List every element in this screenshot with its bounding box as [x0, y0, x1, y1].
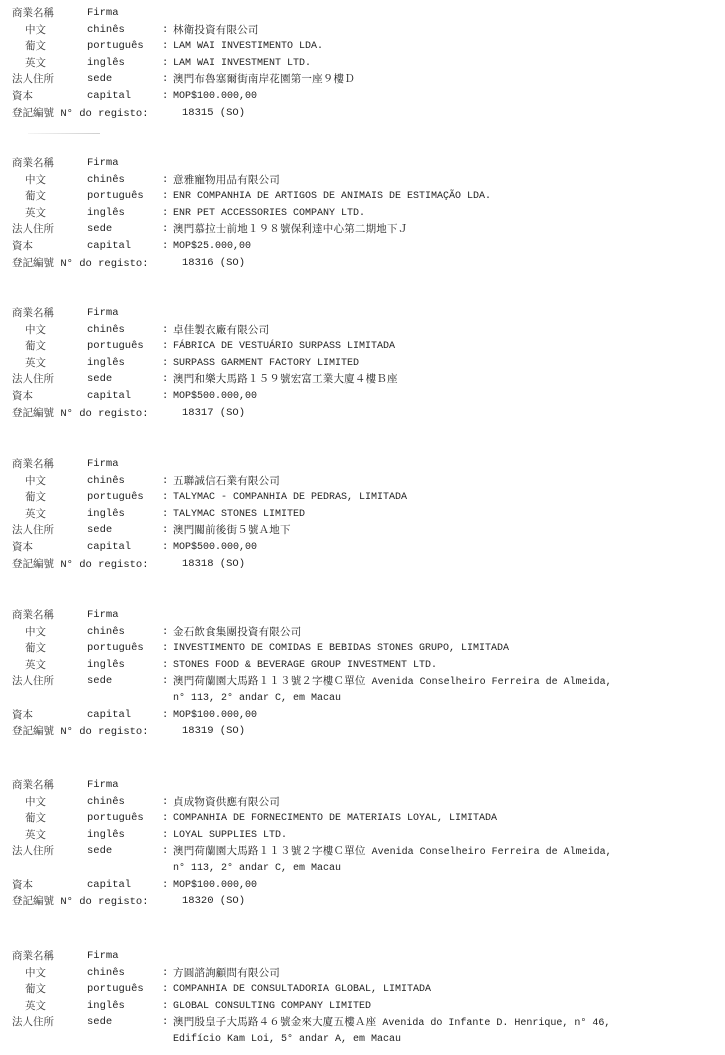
ingles-label-pt: inglês [87, 657, 125, 674]
sede-label-pt: sede [87, 673, 112, 690]
capital-amount: MOP$100.000,00 [173, 710, 257, 721]
chines-label-zh: 中文 [25, 794, 46, 811]
colon: : [162, 55, 168, 72]
chines-row: 中文 chinês : 五聯誠信石業有限公司 [0, 473, 725, 490]
chines-label-zh: 中文 [25, 473, 46, 490]
ingles-name: SURPASS GARMENT FACTORY LIMITED [173, 358, 359, 369]
colon: : [162, 965, 168, 982]
colon: : [162, 640, 168, 657]
firma-label-pt: Firma [87, 607, 119, 624]
capital-value: MOP$100.000,00 [173, 707, 257, 725]
portugues-label-zh: 葡文 [25, 338, 46, 355]
capital-label-zh: 資本 [12, 388, 33, 405]
firma-label-zh: 商業名稱 [12, 948, 54, 965]
sede-value: 澳門關前後街５號Ａ地下 [173, 522, 291, 540]
firma-label-zh: 商業名稱 [12, 777, 54, 794]
company-entry: 商業名稱 Firma 中文 chinês : 林衛投資有限公司 葡文 portu… [0, 5, 725, 121]
chines-label-zh: 中文 [25, 22, 46, 39]
portugues-name: LAM WAI INVESTIMENTO LDA. [173, 41, 323, 52]
chines-name: 貞成物資供應有限公司 [173, 796, 280, 808]
firma-label-pt: Firma [87, 777, 119, 794]
capital-label-zh: 資本 [12, 539, 33, 556]
colon: : [162, 371, 168, 388]
chines-label-pt: chinês [87, 322, 125, 339]
chines-value: 金石飲食集團投資有限公司 [173, 624, 301, 642]
portugues-label-pt: português [87, 981, 144, 998]
registo-label: 登記編號 N° do registo: [12, 255, 149, 273]
ingles-name: STONES FOOD & BEVERAGE GROUP INVESTMENT … [173, 660, 437, 671]
chines-label-zh: 中文 [25, 322, 46, 339]
ingles-label-zh: 英文 [25, 55, 46, 72]
sede-label-pt: sede [87, 1014, 112, 1031]
chines-value: 林衛投資有限公司 [173, 22, 259, 40]
sede-row: 法人住所 sede : 澳門殷皇子大馬路４６號金來大廈五樓Ａ座 Avenida … [0, 1014, 725, 1031]
firma-row: 商業名稱 Firma [0, 155, 725, 172]
chines-row: 中文 chinês : 林衛投資有限公司 [0, 22, 725, 39]
registo-number: 18319 (SO) [182, 723, 245, 740]
capital-row: 資本 capital : MOP$500.000,00 [0, 388, 725, 405]
ingles-row: 英文 inglês : SURPASS GARMENT FACTORY LIMI… [0, 355, 725, 372]
sede-address-zh: 澳門和樂大馬路１５９號宏富工業大廈４樓Ｂ座 [173, 373, 398, 385]
ingles-label-pt: inglês [87, 998, 125, 1015]
colon: : [162, 238, 168, 255]
ingles-name: LOYAL SUPPLIES LTD. [173, 830, 287, 841]
firma-label-pt: Firma [87, 948, 119, 965]
company-entry: 商業名稱 Firma 中文 chinês : 貞成物資供應有限公司 葡文 por… [0, 777, 725, 910]
portugues-value: COMPANHIA DE CONSULTADORIA GLOBAL, LIMIT… [173, 981, 431, 999]
sede-address-pt-line2: Edifício Kam Loi, 5° andar A, em Macau [173, 1034, 401, 1045]
sede-row: 法人住所 sede : 澳門荷蘭園大馬路１１３號２字樓Ｃ單位 Avenida C… [0, 843, 725, 860]
capital-label-pt: capital [87, 238, 131, 255]
sede-address-zh: 澳門荷蘭園大馬路１１３號２字樓Ｃ單位 [173, 675, 366, 687]
sede-label-pt: sede [87, 221, 112, 238]
colon: : [162, 388, 168, 405]
capital-amount: MOP$100.000,00 [173, 91, 257, 102]
registo-label-zh: 登記編號 [12, 895, 54, 907]
colon: : [162, 707, 168, 724]
chines-label-pt: chinês [87, 965, 125, 982]
registo-row: 登記編號 N° do registo: 18315 (SO) [0, 105, 725, 122]
portugues-label-pt: português [87, 640, 144, 657]
sede-address-zh: 澳門關前後街５號Ａ地下 [173, 524, 291, 536]
firma-label-pt: Firma [87, 305, 119, 322]
portugues-name: COMPANHIA DE CONSULTADORIA GLOBAL, LIMIT… [173, 984, 431, 995]
ingles-label-pt: inglês [87, 827, 125, 844]
sede-label-pt: sede [87, 522, 112, 539]
portugues-row: 葡文 português : ENR COMPANHIA DE ARTIGOS … [0, 188, 725, 205]
colon: : [162, 489, 168, 506]
portugues-label-pt: português [87, 810, 144, 827]
capital-label-zh: 資本 [12, 238, 33, 255]
ingles-value: ENR PET ACCESSORIES COMPANY LTD. [173, 205, 365, 223]
portugues-label-zh: 葡文 [25, 981, 46, 998]
capital-row: 資本 capital : MOP$100.000,00 [0, 88, 725, 105]
chines-label-zh: 中文 [25, 624, 46, 641]
sede-value: 澳門和樂大馬路１５９號宏富工業大廈４樓Ｂ座 [173, 371, 398, 389]
ingles-value: STONES FOOD & BEVERAGE GROUP INVESTMENT … [173, 657, 437, 675]
colon: : [162, 673, 168, 690]
registo-row: 登記編號 N° do registo: 18318 (SO) [0, 556, 725, 573]
ingles-label-zh: 英文 [25, 827, 46, 844]
registo-label-pt: N° do registo: [60, 896, 148, 908]
chines-label-pt: chinês [87, 22, 125, 39]
sede-address-zh: 澳門布魯塞爾街南岸花園第一座９樓Ｄ [173, 73, 355, 85]
firma-row: 商業名稱 Firma [0, 456, 725, 473]
chines-value: 意雅寵物用品有限公司 [173, 172, 280, 190]
firma-label-pt: Firma [87, 155, 119, 172]
registo-label: 登記編號 N° do registo: [12, 893, 149, 911]
registo-label-zh: 登記編號 [12, 558, 54, 570]
ingles-label-zh: 英文 [25, 205, 46, 222]
capital-row: 資本 capital : MOP$500.000,00 [0, 539, 725, 556]
portugues-row: 葡文 português : TALYMAC - COMPANHIA DE PE… [0, 489, 725, 506]
firma-label-pt: Firma [87, 5, 119, 22]
colon: : [162, 522, 168, 539]
registo-label: 登記編號 N° do registo: [12, 105, 149, 123]
registo-row: 登記編號 N° do registo: 18317 (SO) [0, 405, 725, 422]
company-entry: 商業名稱 Firma 中文 chinês : 卓佳製衣廠有限公司 葡文 port… [0, 305, 725, 421]
company-entry: 商業名稱 Firma 中文 chinês : 五聯誠信石業有限公司 葡文 por… [0, 456, 725, 572]
capital-row: 資本 capital : MOP$25.000,00 [0, 238, 725, 255]
sede-address-pt-line2: n° 113, 2° andar C, em Macau [173, 693, 341, 704]
firma-row: 商業名稱 Firma [0, 777, 725, 794]
sede-label-zh: 法人住所 [12, 522, 54, 539]
sede-value-continued: Edifício Kam Loi, 5° andar A, em Macau [173, 1031, 401, 1049]
registo-row: 登記編號 N° do registo: 18319 (SO) [0, 723, 725, 740]
colon: : [162, 843, 168, 860]
capital-label-pt: capital [87, 539, 131, 556]
chines-value: 方圓諮詢顧問有限公司 [173, 965, 280, 983]
ingles-row: 英文 inglês : STONES FOOD & BEVERAGE GROUP… [0, 657, 725, 674]
chines-row: 中文 chinês : 金石飲食集團投資有限公司 [0, 624, 725, 641]
ingles-label-pt: inglês [87, 55, 125, 72]
colon: : [162, 794, 168, 811]
sede-row: 法人住所 sede : 澳門荷蘭園大馬路１１３號２字樓Ｃ單位 Avenida C… [0, 673, 725, 690]
ingles-value: SURPASS GARMENT FACTORY LIMITED [173, 355, 359, 373]
colon: : [162, 998, 168, 1015]
capital-label-zh: 資本 [12, 88, 33, 105]
capital-value: MOP$500.000,00 [173, 539, 257, 557]
firma-label-zh: 商業名稱 [12, 305, 54, 322]
chines-label-pt: chinês [87, 473, 125, 490]
ingles-row: 英文 inglês : TALYMAC STONES LIMITED [0, 506, 725, 523]
colon: : [162, 322, 168, 339]
capital-amount: MOP$25.000,00 [173, 241, 251, 252]
portugues-name: FÁBRICA DE VESTUÁRIO SURPASS LIMITADA [173, 341, 395, 352]
registo-label: 登記編號 N° do registo: [12, 723, 149, 741]
colon: : [162, 1014, 168, 1031]
firma-row: 商業名稱 Firma [0, 305, 725, 322]
ingles-name: GLOBAL CONSULTING COMPANY LIMITED [173, 1001, 371, 1012]
ingles-row: 英文 inglês : LOYAL SUPPLIES LTD. [0, 827, 725, 844]
portugues-row: 葡文 português : COMPANHIA DE CONSULTADORI… [0, 981, 725, 998]
sede-value: 澳門慕拉士前地１９８號保利達中心第二期地下Ｊ [173, 221, 408, 239]
chines-value: 貞成物資供應有限公司 [173, 794, 280, 812]
registo-label-pt: N° do registo: [60, 559, 148, 571]
firma-row: 商業名稱 Firma [0, 607, 725, 624]
registo-label-zh: 登記編號 [12, 407, 54, 419]
ingles-row: 英文 inglês : ENR PET ACCESSORIES COMPANY … [0, 205, 725, 222]
ingles-value: GLOBAL CONSULTING COMPANY LIMITED [173, 998, 371, 1016]
colon: : [162, 624, 168, 641]
portugues-row: 葡文 português : INVESTIMENTO DE COMIDAS E… [0, 640, 725, 657]
registo-number: 18318 (SO) [182, 556, 245, 573]
portugues-value: ENR COMPANHIA DE ARTIGOS DE ANIMAIS DE E… [173, 188, 491, 206]
ingles-label-zh: 英文 [25, 998, 46, 1015]
sede-label-pt: sede [87, 371, 112, 388]
portugues-label-pt: português [87, 38, 144, 55]
capital-value: MOP$100.000,00 [173, 877, 257, 895]
sede-value-continued: n° 113, 2° andar C, em Macau [173, 690, 341, 708]
registo-label-zh: 登記編號 [12, 725, 54, 737]
portugues-label-pt: português [87, 338, 144, 355]
portugues-row: 葡文 português : COMPANHIA DE FORNECIMENTO… [0, 810, 725, 827]
registo-label-pt: N° do registo: [60, 108, 148, 120]
chines-name: 金石飲食集團投資有限公司 [173, 626, 301, 638]
colon: : [162, 338, 168, 355]
registo-label: 登記編號 N° do registo: [12, 556, 149, 574]
portugues-name: ENR COMPANHIA DE ARTIGOS DE ANIMAIS DE E… [173, 191, 491, 202]
sede-address-zh: 澳門荷蘭園大馬路１１３號２字樓Ｃ單位 [173, 845, 366, 857]
sede-row: 法人住所 sede : 澳門和樂大馬路１５９號宏富工業大廈４樓Ｂ座 [0, 371, 725, 388]
chines-label-pt: chinês [87, 172, 125, 189]
colon: : [162, 221, 168, 238]
colon: : [162, 506, 168, 523]
capital-label-zh: 資本 [12, 707, 33, 724]
capital-label-pt: capital [87, 707, 131, 724]
sede-label-zh: 法人住所 [12, 1014, 54, 1031]
colon: : [162, 71, 168, 88]
colon: : [162, 38, 168, 55]
sede-row-continued: n° 113, 2° andar C, em Macau [0, 860, 725, 877]
portugues-label-zh: 葡文 [25, 810, 46, 827]
portugues-value: FÁBRICA DE VESTUÁRIO SURPASS LIMITADA [173, 338, 395, 356]
portugues-label-pt: português [87, 489, 144, 506]
firma-label-pt: Firma [87, 456, 119, 473]
ingles-name: TALYMAC STONES LIMITED [173, 509, 305, 520]
firma-label-zh: 商業名稱 [12, 456, 54, 473]
ingles-label-pt: inglês [87, 205, 125, 222]
registo-label-pt: N° do registo: [60, 726, 148, 738]
ingles-label-zh: 英文 [25, 657, 46, 674]
sede-address-zh: 澳門慕拉士前地１９８號保利達中心第二期地下Ｊ [173, 223, 408, 235]
ingles-value: LOYAL SUPPLIES LTD. [173, 827, 287, 845]
colon: : [162, 657, 168, 674]
sede-address-pt-line2: n° 113, 2° andar C, em Macau [173, 863, 341, 874]
ingles-row: 英文 inglês : LAM WAI INVESTMENT LTD. [0, 55, 725, 72]
document-page: 商業名稱 Firma 中文 chinês : 林衛投資有限公司 葡文 portu… [0, 0, 725, 1055]
portugues-name: COMPANHIA DE FORNECIMENTO DE MATERIAIS L… [173, 813, 497, 824]
chines-value: 卓佳製衣廠有限公司 [173, 322, 269, 340]
colon: : [162, 355, 168, 372]
portugues-row: 葡文 português : FÁBRICA DE VESTUÁRIO SURP… [0, 338, 725, 355]
chines-name: 五聯誠信石業有限公司 [173, 475, 280, 487]
registo-label-pt: N° do registo: [60, 258, 148, 270]
sede-label-pt: sede [87, 843, 112, 860]
sede-label-pt: sede [87, 71, 112, 88]
colon: : [162, 172, 168, 189]
sede-row: 法人住所 sede : 澳門慕拉士前地１９８號保利達中心第二期地下Ｊ [0, 221, 725, 238]
registo-label-zh: 登記編號 [12, 257, 54, 269]
capital-label-zh: 資本 [12, 877, 33, 894]
sede-label-zh: 法人住所 [12, 843, 54, 860]
ingles-row: 英文 inglês : GLOBAL CONSULTING COMPANY LI… [0, 998, 725, 1015]
registo-number: 18320 (SO) [182, 893, 245, 910]
colon: : [162, 88, 168, 105]
colon: : [162, 981, 168, 998]
sede-address-zh: 澳門殷皇子大馬路４６號金來大廈五樓Ａ座 [173, 1016, 376, 1028]
registo-number: 18317 (SO) [182, 405, 245, 422]
sede-label-zh: 法人住所 [12, 221, 54, 238]
chines-row: 中文 chinês : 方圓諮詢顧問有限公司 [0, 965, 725, 982]
portugues-label-zh: 葡文 [25, 640, 46, 657]
ingles-label-zh: 英文 [25, 506, 46, 523]
portugues-value: LAM WAI INVESTIMENTO LDA. [173, 38, 323, 56]
chines-label-zh: 中文 [25, 965, 46, 982]
colon: : [162, 205, 168, 222]
sede-address-pt: Avenida do Infante D. Henrique, n° 46, [376, 1018, 610, 1029]
portugues-name: TALYMAC - COMPANHIA DE PEDRAS, LIMITADA [173, 492, 407, 503]
capital-value: MOP$500.000,00 [173, 388, 257, 406]
chines-name: 林衛投資有限公司 [173, 24, 259, 36]
firma-label-zh: 商業名稱 [12, 5, 54, 22]
sede-address-pt: Avenida Conselheiro Ferreira de Almeida, [366, 677, 612, 688]
capital-label-pt: capital [87, 88, 131, 105]
registo-label-zh: 登記編號 [12, 107, 54, 119]
ingles-label-zh: 英文 [25, 355, 46, 372]
chines-value: 五聯誠信石業有限公司 [173, 473, 280, 491]
chines-label-zh: 中文 [25, 172, 46, 189]
colon: : [162, 473, 168, 490]
ingles-label-pt: inglês [87, 506, 125, 523]
portugues-value: INVESTIMENTO DE COMIDAS E BEBIDAS STONES… [173, 640, 509, 658]
ingles-name: ENR PET ACCESSORIES COMPANY LTD. [173, 208, 365, 219]
chines-name: 意雅寵物用品有限公司 [173, 174, 280, 186]
portugues-label-zh: 葡文 [25, 489, 46, 506]
portugues-name: INVESTIMENTO DE COMIDAS E BEBIDAS STONES… [173, 643, 509, 654]
firma-label-zh: 商業名稱 [12, 607, 54, 624]
colon: : [162, 539, 168, 556]
registo-row: 登記編號 N° do registo: 18320 (SO) [0, 893, 725, 910]
chines-row: 中文 chinês : 貞成物資供應有限公司 [0, 794, 725, 811]
sede-row-continued: n° 113, 2° andar C, em Macau [0, 690, 725, 707]
sede-row: 法人住所 sede : 澳門布魯塞爾街南岸花園第一座９樓Ｄ [0, 71, 725, 88]
portugues-label-pt: português [87, 188, 144, 205]
registo-label-pt: N° do registo: [60, 408, 148, 420]
registo-number: 18316 (SO) [182, 255, 245, 272]
company-entry: 商業名稱 Firma 中文 chinês : 金石飲食集團投資有限公司 葡文 p… [0, 607, 725, 740]
capital-label-pt: capital [87, 877, 131, 894]
sede-row-continued: Edifício Kam Loi, 5° andar A, em Macau [0, 1031, 725, 1048]
colon: : [162, 810, 168, 827]
ingles-value: LAM WAI INVESTMENT LTD. [173, 55, 311, 73]
scan-artifact-line [28, 133, 100, 134]
capital-label-pt: capital [87, 388, 131, 405]
company-entry: 商業名稱 Firma 中文 chinês : 方圓諮詢顧問有限公司 葡文 por… [0, 948, 725, 1048]
capital-value: MOP$25.000,00 [173, 238, 251, 256]
colon: : [162, 877, 168, 894]
capital-row: 資本 capital : MOP$100.000,00 [0, 877, 725, 894]
company-entry: 商業名稱 Firma 中文 chinês : 意雅寵物用品有限公司 葡文 por… [0, 155, 725, 271]
sede-label-zh: 法人住所 [12, 673, 54, 690]
chines-name: 方圓諮詢顧問有限公司 [173, 967, 280, 979]
capital-amount: MOP$500.000,00 [173, 542, 257, 553]
chines-label-pt: chinês [87, 794, 125, 811]
sede-label-zh: 法人住所 [12, 371, 54, 388]
sede-row: 法人住所 sede : 澳門關前後街５號Ａ地下 [0, 522, 725, 539]
capital-row: 資本 capital : MOP$100.000,00 [0, 707, 725, 724]
sede-label-zh: 法人住所 [12, 71, 54, 88]
sede-address-pt: Avenida Conselheiro Ferreira de Almeida, [366, 847, 612, 858]
portugues-row: 葡文 português : LAM WAI INVESTIMENTO LDA. [0, 38, 725, 55]
sede-value: 澳門布魯塞爾街南岸花園第一座９樓Ｄ [173, 71, 355, 89]
capital-amount: MOP$100.000,00 [173, 880, 257, 891]
registo-label: 登記編號 N° do registo: [12, 405, 149, 423]
portugues-label-zh: 葡文 [25, 188, 46, 205]
portugues-label-zh: 葡文 [25, 38, 46, 55]
firma-row: 商業名稱 Firma [0, 5, 725, 22]
ingles-value: TALYMAC STONES LIMITED [173, 506, 305, 524]
firma-row: 商業名稱 Firma [0, 948, 725, 965]
portugues-value: COMPANHIA DE FORNECIMENTO DE MATERIAIS L… [173, 810, 497, 828]
capital-value: MOP$100.000,00 [173, 88, 257, 106]
chines-name: 卓佳製衣廠有限公司 [173, 324, 269, 336]
chines-label-pt: chinês [87, 624, 125, 641]
registo-row: 登記編號 N° do registo: 18316 (SO) [0, 255, 725, 272]
chines-row: 中文 chinês : 意雅寵物用品有限公司 [0, 172, 725, 189]
ingles-name: LAM WAI INVESTMENT LTD. [173, 58, 311, 69]
chines-row: 中文 chinês : 卓佳製衣廠有限公司 [0, 322, 725, 339]
sede-value-continued: n° 113, 2° andar C, em Macau [173, 860, 341, 878]
colon: : [162, 827, 168, 844]
ingles-label-pt: inglês [87, 355, 125, 372]
portugues-value: TALYMAC - COMPANHIA DE PEDRAS, LIMITADA [173, 489, 407, 507]
capital-amount: MOP$500.000,00 [173, 391, 257, 402]
firma-label-zh: 商業名稱 [12, 155, 54, 172]
registo-number: 18315 (SO) [182, 105, 245, 122]
colon: : [162, 188, 168, 205]
colon: : [162, 22, 168, 39]
